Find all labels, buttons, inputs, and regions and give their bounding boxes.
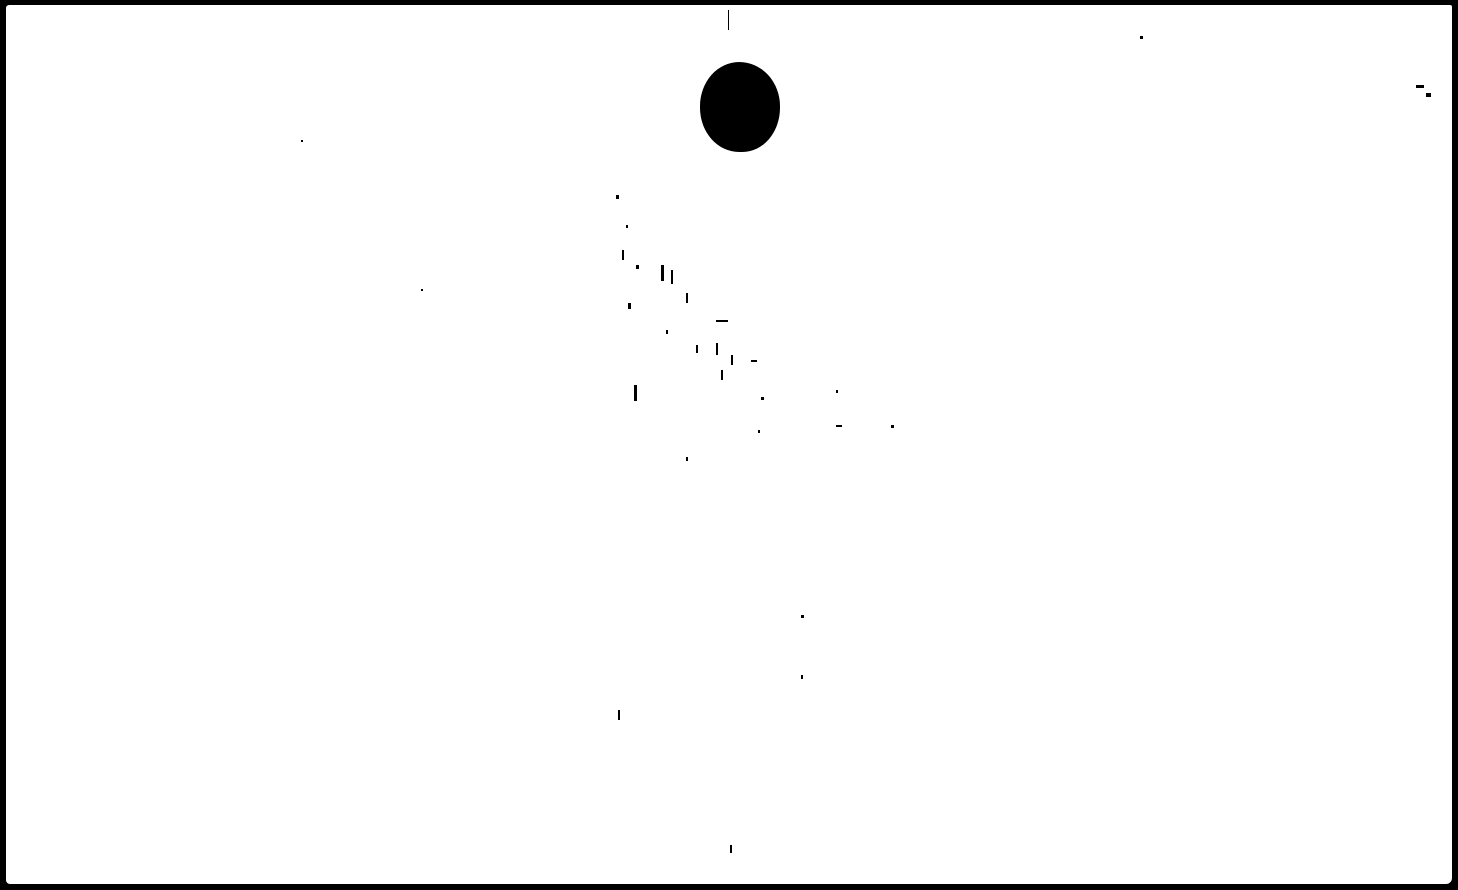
scan-speck <box>1426 93 1431 97</box>
punched-hole <box>700 62 780 152</box>
scan-speck <box>730 845 732 853</box>
scan-noise <box>606 175 926 735</box>
paper-sheet <box>6 5 1452 884</box>
scan-speck <box>728 10 729 30</box>
scan-speck <box>421 289 423 291</box>
scan-speck <box>301 140 303 142</box>
scan-speck <box>1140 36 1143 39</box>
scan-speck <box>1416 85 1424 88</box>
